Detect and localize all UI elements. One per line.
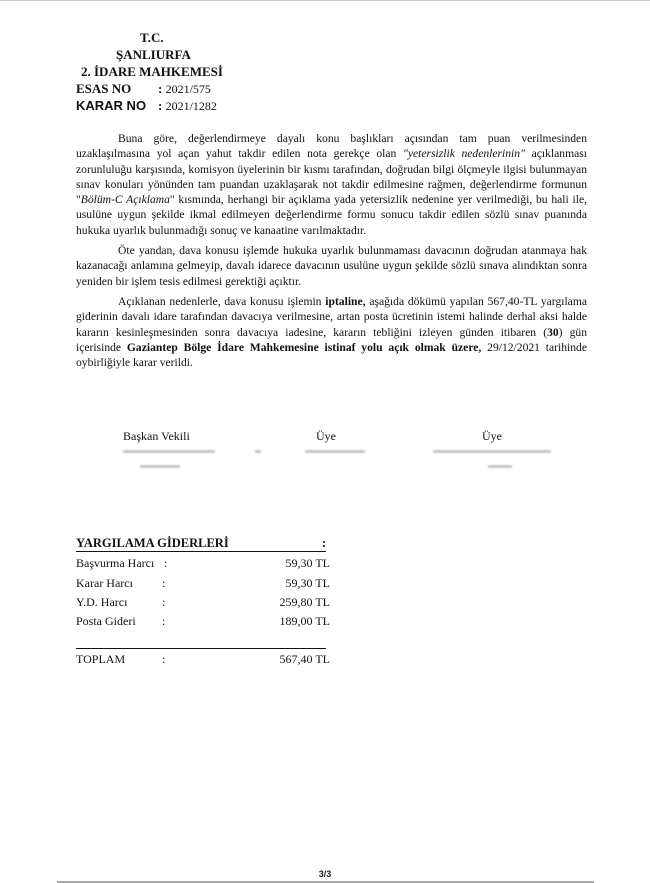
redacted-id-chair bbox=[140, 465, 180, 468]
expense-row: Başvurma Harcı : 59,30 TL bbox=[76, 555, 330, 571]
page-top-border bbox=[0, 0, 650, 1]
total-colon: : bbox=[162, 651, 165, 667]
total-label: TOPLAM bbox=[76, 651, 125, 667]
expenses-title-colon: : bbox=[322, 535, 326, 551]
paragraph-conclusion: Öte yandan, dava konusu işlemde hukuka u… bbox=[76, 243, 587, 289]
expenses-title-underline bbox=[76, 551, 326, 552]
expenses-title-text: YARGILAMA GİDERLERİ bbox=[76, 536, 229, 550]
expense-amount: 259,80 TL bbox=[280, 594, 330, 610]
redacted-name-chair bbox=[123, 450, 215, 453]
redacted-name-chair-2 bbox=[255, 450, 261, 453]
expense-row: Y.D. Harcı : 259,80 TL bbox=[76, 594, 330, 610]
esas-no-label: ESAS NO bbox=[76, 81, 158, 97]
total-amount: 567,40 TL bbox=[280, 651, 330, 667]
header-court: 2. İDARE MAHKEMESİ bbox=[81, 64, 223, 80]
expense-name: Posta Gideri bbox=[76, 613, 136, 629]
expense-name: Y.D. Harcı bbox=[76, 594, 127, 610]
esas-no-row: ESAS NO: 2021/575 bbox=[76, 81, 211, 97]
expense-row: Karar Harcı : 59,30 TL bbox=[76, 575, 330, 591]
redacted-name-member-2 bbox=[433, 450, 551, 453]
karar-no-value: 2021/1282 bbox=[166, 99, 217, 113]
expense-name: Karar Harcı bbox=[76, 575, 133, 591]
karar-no-label: KARAR NO bbox=[76, 98, 158, 114]
expenses-title: YARGILAMA GİDERLERİ : bbox=[76, 535, 330, 551]
expense-amount: 59,30 TL bbox=[286, 575, 330, 591]
signature-block: Başkan Vekili Üye Üye bbox=[0, 429, 650, 474]
redacted-id-member-2 bbox=[488, 465, 512, 468]
expense-colon: : bbox=[162, 594, 165, 610]
expense-amount: 59,30 TL bbox=[286, 555, 330, 571]
expense-colon: : bbox=[162, 575, 165, 591]
expense-colon: : bbox=[164, 555, 167, 571]
karar-no-row: KARAR NO: 2021/1282 bbox=[76, 98, 217, 114]
total-divider bbox=[76, 648, 326, 649]
signature-member-1-role: Üye bbox=[316, 429, 336, 443]
signature-chair-role: Başkan Vekili bbox=[123, 429, 190, 443]
expense-amount: 189,00 TL bbox=[280, 613, 330, 629]
paragraph-verdict: Açıklanan nedenlerle, dava konusu işlemi… bbox=[76, 294, 587, 370]
page-number: 3/3 bbox=[0, 869, 650, 879]
header-city: ŞANLIURFA bbox=[116, 47, 191, 63]
expense-colon: : bbox=[162, 613, 165, 629]
decision-body: Buna göre, değerlendirmeye dayalı konu b… bbox=[76, 131, 587, 375]
header-tc: T.C. bbox=[140, 30, 164, 46]
expense-name: Başvurma Harcı bbox=[76, 555, 154, 571]
esas-no-value: 2021/575 bbox=[166, 82, 211, 96]
karar-no-colon: : bbox=[158, 98, 162, 113]
redacted-name-member-1 bbox=[305, 450, 365, 453]
expense-total-row: TOPLAM : 567,40 TL bbox=[76, 651, 330, 667]
signature-member-2-role: Üye bbox=[482, 429, 502, 443]
esas-no-colon: : bbox=[158, 81, 162, 96]
expense-row: Posta Gideri : 189,00 TL bbox=[76, 613, 330, 629]
paragraph-reasoning: Buna göre, değerlendirmeye dayalı konu b… bbox=[76, 131, 587, 238]
